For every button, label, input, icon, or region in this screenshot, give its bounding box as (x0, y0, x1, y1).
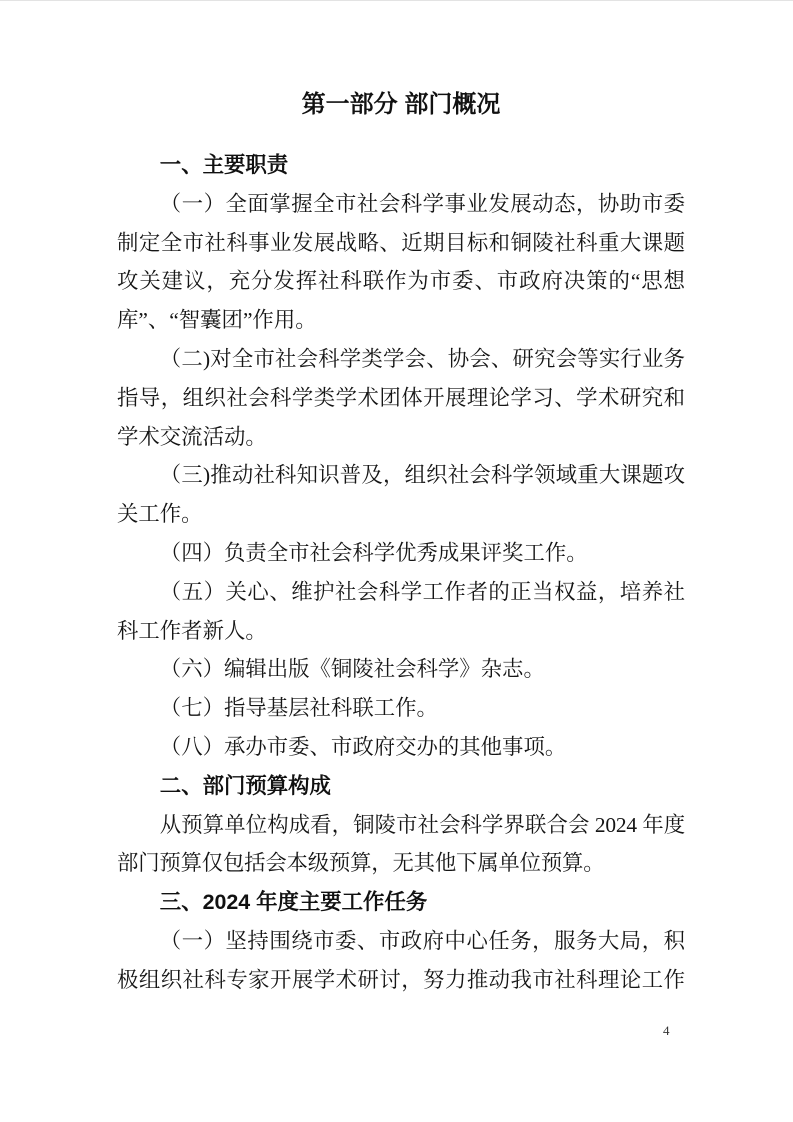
body-paragraph-duty-8: （八）承办市委、市政府交办的其他事项。 (117, 728, 685, 767)
body-paragraph-duty-5: （五）关心、维护社会科学工作者的正当权益，培养社科工作者新人。 (117, 573, 685, 651)
page-title: 第一部分 部门概况 (117, 87, 685, 123)
page-number: 4 (663, 1023, 670, 1039)
body-paragraph-duty-7: （七）指导基层社科联工作。 (117, 689, 685, 728)
section-heading-budget-composition: 二、部门预算构成 (117, 767, 685, 806)
document-page: 第一部分 部门概况 一、主要职责 （一）全面掌握全市社会科学事业发展动态，协助市… (0, 0, 793, 1122)
body-paragraph-duty-2: （二)对全市社会科学类学会、协会、研究会等实行业务指导，组织社会科学类学术团体开… (117, 340, 685, 456)
body-paragraph-budget-composition: 从预算单位构成看，铜陵市社会科学界联合会 2024 年度部门预算仅包括会本级预算… (117, 806, 685, 884)
body-paragraph-duty-6: （六）编辑出版《铜陵社会科学》杂志。 (117, 650, 685, 689)
body-paragraph-duty-4: （四）负责全市社会科学优秀成果评奖工作。 (117, 534, 685, 573)
section-heading-2024-tasks: 三、2024 年度主要工作任务 (117, 883, 685, 922)
page-content: 第一部分 部门概况 一、主要职责 （一）全面掌握全市社会科学事业发展动态，协助市… (117, 87, 685, 1000)
body-paragraph-task-1: （一）坚持围绕市委、市政府中心任务，服务大局，积极组织社科专家开展学术研讨，努力… (117, 922, 685, 1000)
body-paragraph-duty-1: （一）全面掌握全市社会科学事业发展动态，协助市委制定全市社科事业发展战略、近期目… (117, 185, 685, 340)
body-paragraph-duty-3: （三)推动社科知识普及，组织社会科学领域重大课题攻关工作。 (117, 456, 685, 534)
section-heading-main-duties: 一、主要职责 (117, 146, 685, 185)
